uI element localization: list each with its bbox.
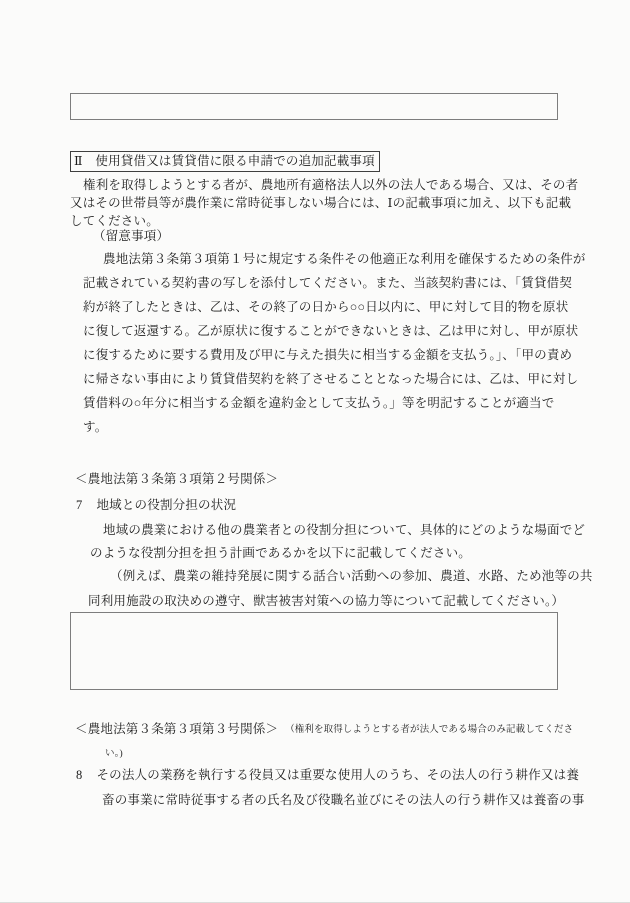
item-7-example-line: （例えば、農業の維持発展に関する話合い活動への参加、農道、水路、ため池等の共 — [110, 569, 593, 584]
law3-header-row: ＜農地法第３条第３項第３号関係＞（権利を取得しようとする者が法人である場合のみ記… — [75, 722, 573, 738]
item-7-body-line: のような役割分担を担う計画であるかを以下に記載してください。 — [90, 546, 471, 561]
intro-line: 権利を取得しようとする者が、農地所有適格法人以外の法人である場合、又は、その者 — [83, 178, 578, 193]
item-7-title: 地域との役割分担の状況 — [96, 498, 236, 513]
notes-line: に復するために要する費用及び甲に与えた損失に相当する金額を支払う。」、「甲の責め — [83, 348, 572, 363]
item-8-line: その法人の業務を執行する役員又は重要な使用人のうち、その法人の行う耕作又は養 — [96, 768, 579, 783]
section-2-title-box: Ⅱ 使用貸借又は賃貸借に限る申請での追加記載事項 — [70, 151, 380, 172]
item-8-line: 畜の事業に常時従事する者の氏名及び役職名並びにその法人の行う耕作又は養畜の事 — [102, 793, 585, 808]
item-8-number: 8 — [76, 768, 82, 783]
notes-line: 約が終了したときは、乙は、その終了の日から○○日以内に、甲に対して目的物を原状 — [83, 300, 568, 315]
notes-line: に帰さない事由により賃貸借契約を終了させることとなった場合には、乙は、甲に対し — [83, 372, 578, 387]
item-7-number: 7 — [76, 498, 82, 513]
item-8-row: 8その法人の業務を執行する役員又は重要な使用人のうち、その法人の行う耕作又は養 — [76, 768, 579, 783]
top-answer-box[interactable] — [70, 93, 558, 120]
notes-line: に復して返還する。乙が原状に復することができないときは、乙は甲に対し、甲が原状 — [83, 324, 578, 339]
intro-line: 又はその世帯員等が農作業に常時従事しない場合には、Ⅰの記載事項に加え、以下も記載 — [70, 196, 571, 211]
notes-label: （留意事項） — [93, 229, 169, 244]
intro-line: してください。 — [70, 214, 159, 229]
item-7-row: 7地域との役割分担の状況 — [76, 498, 236, 513]
law3-header: ＜農地法第３条第３項第３号関係＞ — [75, 722, 278, 736]
law3-note-small: （権利を取得しようとする者が法人である場合のみ記載してくださ — [285, 725, 573, 735]
notes-line: 農地法第３条第３項第１号に規定する条件その他適正な利用を確保するための条件が — [103, 252, 586, 267]
item-7-example-line: 同利用施設の取決めの遵守、獣害被害対策への協力等について記載してください。） — [88, 594, 564, 609]
notes-line: 賃借料の○年分に相当する金額を違約金として支払う。」等を明記することが適当で — [83, 396, 554, 411]
section-2-title: Ⅱ 使用貸借又は賃貸借に限る申請での追加記載事項 — [74, 154, 375, 168]
item-7-body-line: 地域の農業における他の農業者との役割分担について、具体的にどのような場面でど — [103, 523, 585, 538]
notes-line: す。 — [83, 420, 107, 435]
document-page: Ⅱ 使用貸借又は賃貸借に限る申請での追加記載事項 権利を取得しようとする者が、農… — [0, 0, 630, 903]
role-sharing-answer-box[interactable] — [70, 612, 558, 690]
law2-header: ＜農地法第３条第３項第２号関係＞ — [75, 472, 278, 487]
law3-note-small: い。) — [105, 747, 123, 762]
notes-line: 記載されている契約書の写しを添付してください。また、当該契約書には、「賃貸借契 — [83, 276, 572, 291]
